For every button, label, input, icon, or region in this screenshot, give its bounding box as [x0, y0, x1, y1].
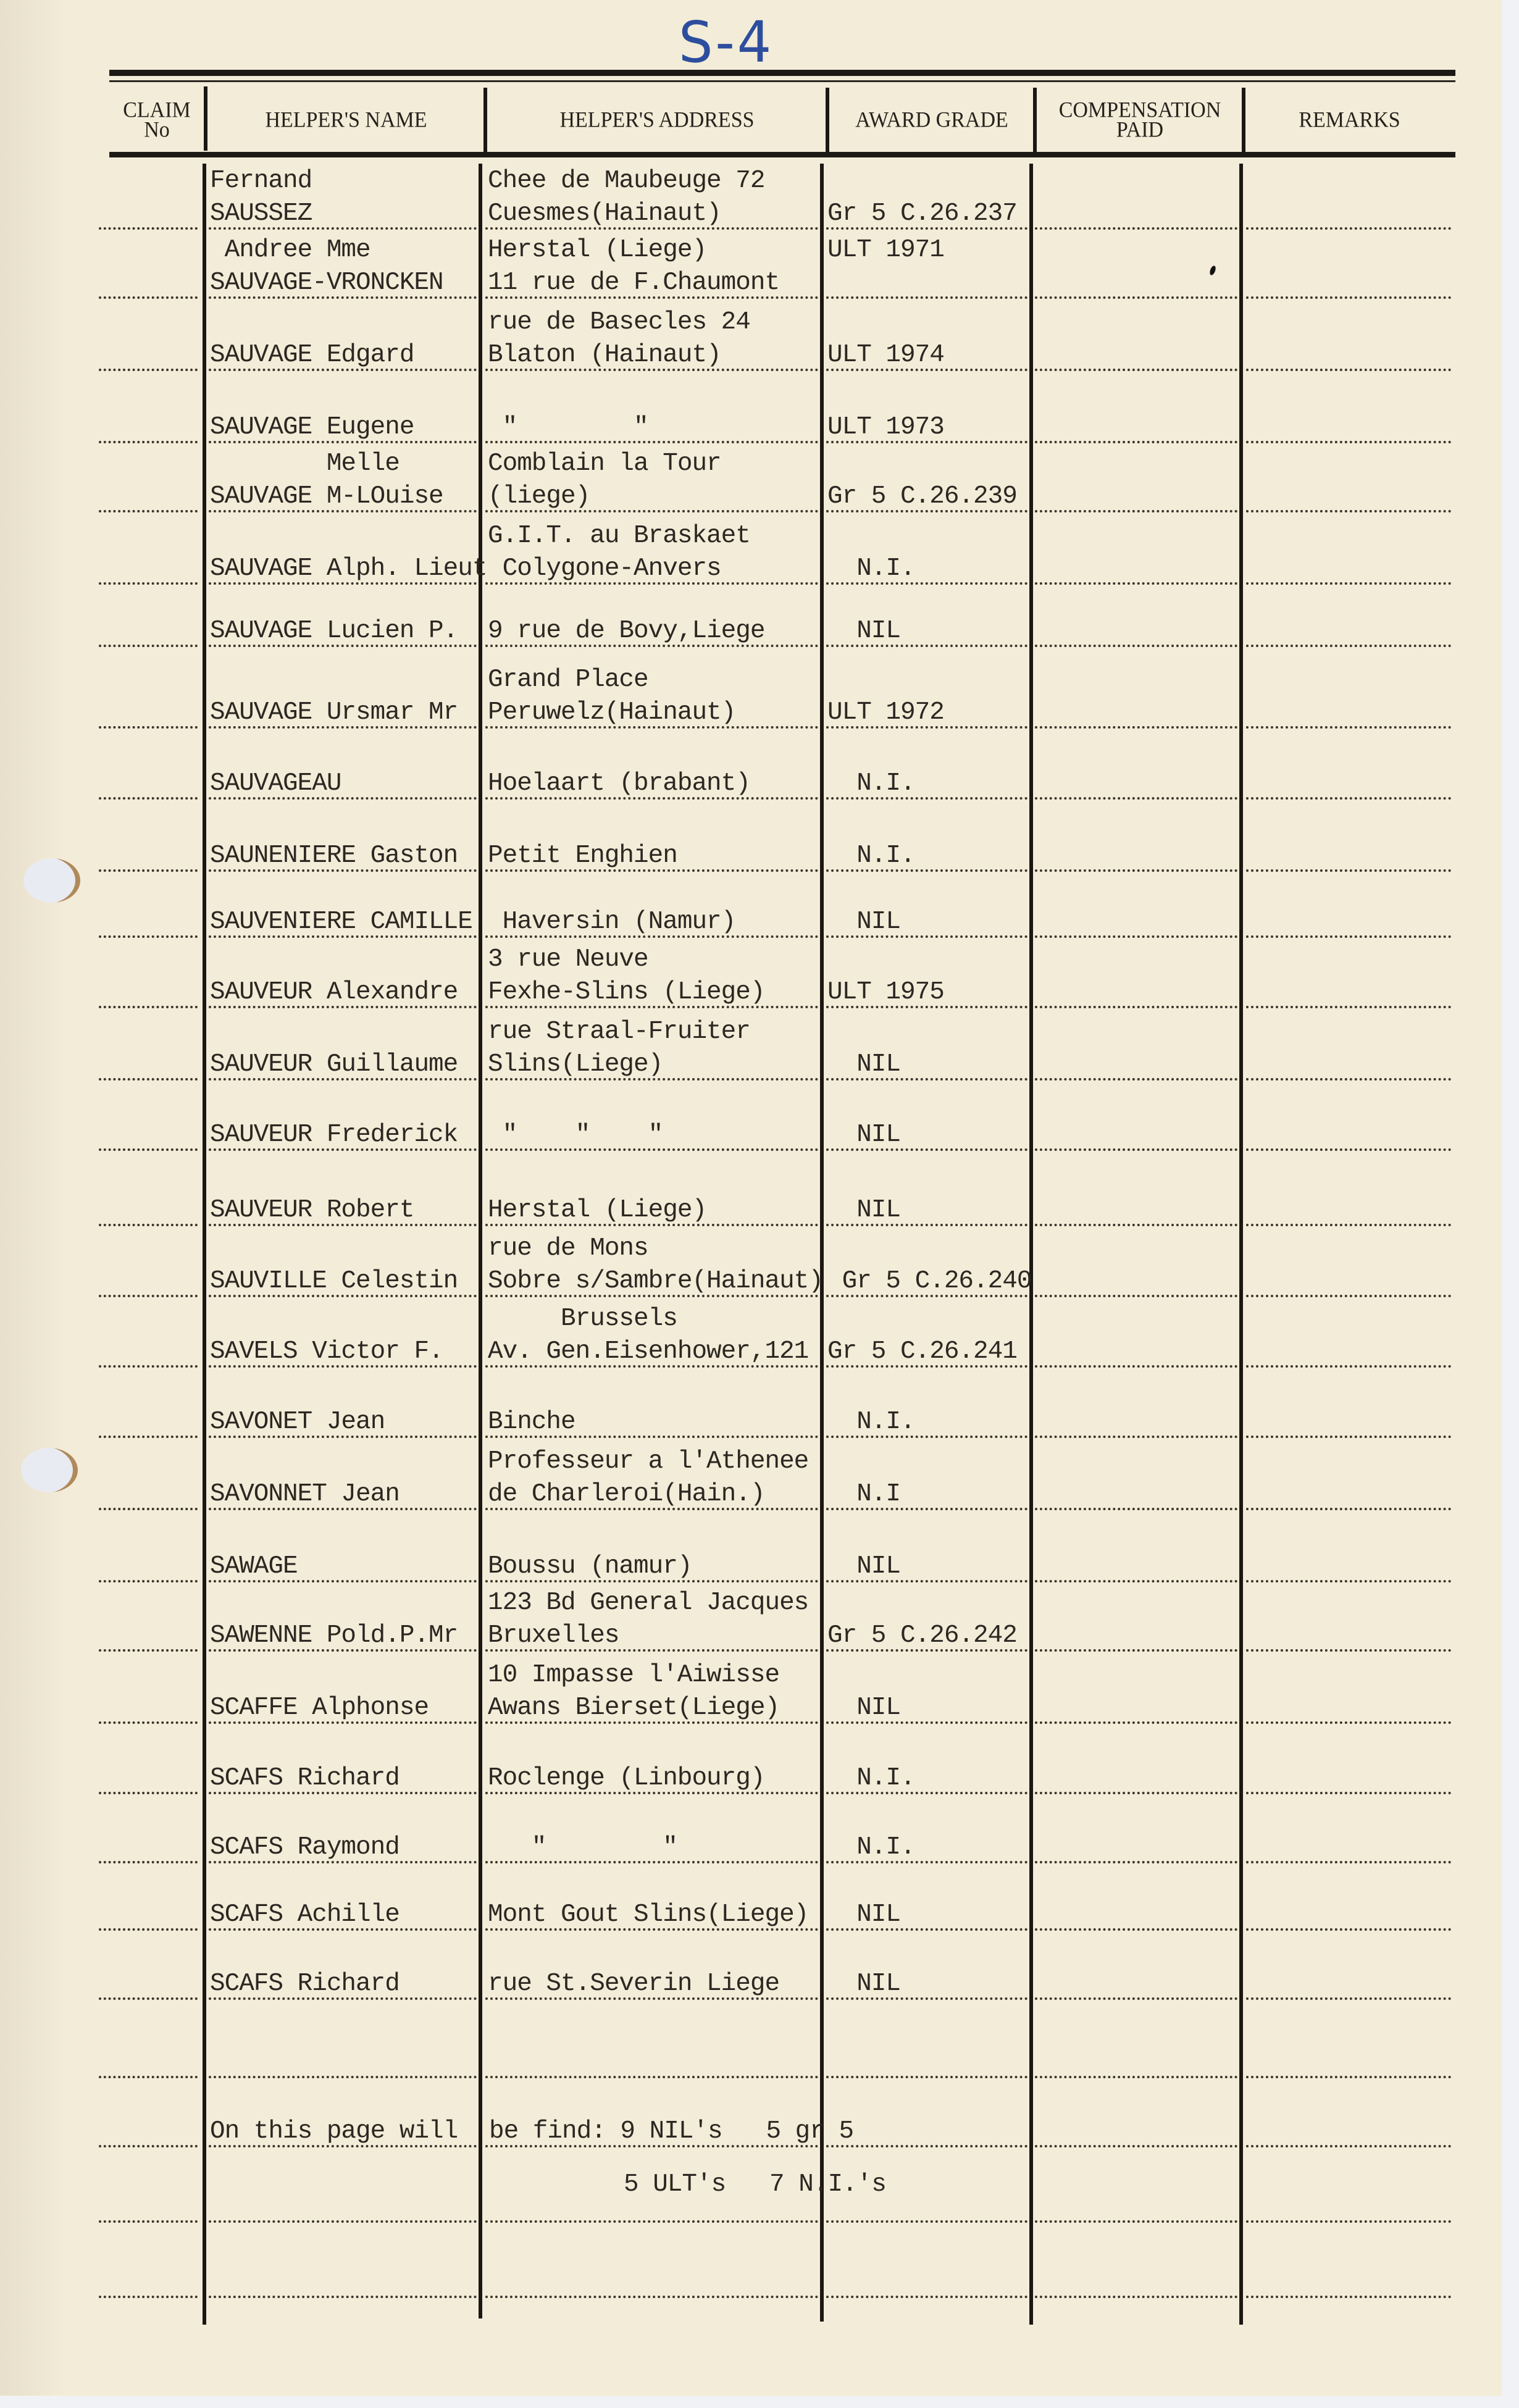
helper-name: SAUVEUR Guillaume [210, 1049, 458, 1080]
row-rule [1246, 797, 1451, 800]
row-rule [1035, 1861, 1237, 1863]
row-rule [1035, 1649, 1237, 1652]
row-rule [826, 2296, 1027, 2298]
row-rule [99, 2145, 198, 2147]
row-rule [1035, 1078, 1237, 1081]
column-header-compensation-paid: COMPENSATION PAID [1037, 85, 1242, 156]
row-rule [1035, 1580, 1237, 1582]
award-grade: NIL [827, 906, 900, 937]
row-rule [1035, 510, 1237, 512]
row-rule [1035, 1224, 1237, 1226]
row-rule [99, 1508, 198, 1510]
row-rule [209, 2220, 477, 2223]
helper-name: SAVELS Victor F. [210, 1336, 443, 1367]
ink-speck [1209, 265, 1217, 276]
helper-name: SAUVAGE Lucien P. [210, 616, 458, 646]
row-rule [209, 2076, 477, 2078]
row-rule [1035, 1508, 1237, 1510]
helper-name: SAUVILLE Celestin [210, 1266, 458, 1297]
row-rule [1246, 869, 1451, 872]
row-rule [1035, 369, 1237, 371]
helper-name: SAUVENIERE CAMILLE [210, 906, 472, 937]
header-divider [483, 88, 487, 152]
helper-address: Petit Enghien [488, 840, 677, 871]
helper-address: Av. Gen.Eisenhower,121 [488, 1336, 808, 1367]
helper-address: Colygone-Anvers [488, 553, 721, 584]
row-rule [1035, 296, 1237, 299]
helper-address-line1: 10 Impasse l'Aiwisse [488, 1660, 779, 1691]
row-rule [1035, 227, 1237, 230]
helper-address: Boussu (namur) [488, 1551, 692, 1582]
award-grade: N.I. [827, 768, 915, 799]
helper-name: SCAFFE Alphonse [210, 1692, 429, 1723]
row-rule [1246, 1649, 1451, 1652]
summary-line1-left: On this page will [210, 2116, 458, 2147]
helper-address: Awans Bierset(Liege) [488, 1692, 779, 1723]
row-rule [1035, 2220, 1237, 2223]
header-divider [1033, 88, 1037, 152]
column-header-helpers-address: HELPER'S ADDRESS [488, 85, 826, 156]
row-rule [1246, 1861, 1451, 1863]
row-rule [99, 2296, 198, 2298]
row-rule [485, 2076, 818, 2078]
row-rule [99, 369, 198, 371]
row-rule [1246, 1792, 1451, 1794]
row-rule [1035, 935, 1237, 938]
helper-address-line1: Professeur a l'Athenee [488, 1446, 808, 1477]
award-grade: NIL [827, 1195, 900, 1226]
row-rule [99, 1224, 198, 1226]
helper-address-line1: Brussels [488, 1303, 677, 1334]
helper-address: rue St.Severin Liege [488, 1968, 779, 1999]
helper-address: Herstal (Liege) [488, 1195, 706, 1226]
award-grade: NIL [827, 1968, 900, 1999]
row-rule [1035, 645, 1237, 647]
award-grade: NIL [827, 1551, 900, 1582]
header-top-rule [109, 70, 1455, 76]
award-grade: NIL [827, 1899, 900, 1930]
column-divider [1239, 164, 1243, 2325]
row-rule [1246, 1721, 1451, 1724]
row-rule [1246, 1295, 1451, 1297]
award-grade: N.I. [827, 553, 915, 584]
helper-address: Fexhe-Slins (Liege) [488, 977, 764, 1008]
row-rule [1035, 2296, 1237, 2298]
award-grade: ULT 1973 [827, 412, 944, 443]
helper-address-line1: rue Straal-Fruiter [488, 1016, 750, 1047]
helper-name: SAUVAGE-VRONCKEN [210, 267, 443, 298]
row-rule [1035, 1148, 1237, 1151]
row-rule [826, 2145, 1027, 2147]
row-rule [1246, 582, 1451, 585]
helper-address: Hoelaart (brabant) [488, 768, 750, 799]
row-rule [1035, 869, 1237, 872]
row-rule [1246, 510, 1451, 512]
row-rule [826, 2076, 1027, 2078]
helper-address-line1: Comblain la Tour [488, 448, 721, 479]
header-divider [826, 88, 829, 152]
row-rule [826, 2220, 1027, 2223]
row-rule [99, 797, 198, 800]
helper-address: Mont Gout Slins(Liege) [488, 1899, 808, 1930]
row-rule [99, 2076, 198, 2078]
row-rule [1246, 1508, 1451, 1510]
helper-name: SAVONET Jean [210, 1407, 385, 1437]
row-rule [485, 2220, 818, 2223]
row-rule [1246, 1365, 1451, 1368]
helper-address: de Charleroi(Hain.) [488, 1479, 764, 1510]
summary-line2: 5 ULT's 7 N.I.'s [624, 2169, 886, 2200]
award-grade: NIL [827, 1119, 900, 1150]
row-rule [1246, 2145, 1451, 2147]
row-rule [1246, 1006, 1451, 1008]
helper-name: SCAFS Raymond [210, 1832, 400, 1863]
column-header-helpers-name: HELPER'S NAME [208, 85, 484, 156]
row-rule [1246, 1928, 1451, 1931]
helper-name: SAWAGE [210, 1551, 298, 1582]
row-rule [1035, 1365, 1237, 1368]
helper-address-line1: Chee de Maubeuge 72 [488, 165, 764, 196]
award-grade: NIL [827, 1692, 900, 1723]
summary-line1-right: be find: 9 NIL's 5 gr 5 [489, 2116, 853, 2147]
row-rule [1246, 1148, 1451, 1151]
row-rule [1035, 1721, 1237, 1724]
row-rule [99, 1861, 198, 1863]
row-rule [1035, 441, 1237, 443]
award-grade: ULT 1974 [827, 340, 944, 370]
row-rule [1035, 2076, 1237, 2078]
column-header-claim-no: CLAIM No [109, 85, 204, 156]
award-grade: Gr 5 C.26.237 [827, 198, 1017, 229]
row-rule [1246, 1436, 1451, 1438]
row-rule [209, 2296, 477, 2298]
row-rule [1035, 1006, 1237, 1008]
row-rule [1246, 369, 1451, 371]
row-rule [99, 1436, 198, 1438]
helper-address: Roclenge (Linbourg) [488, 1763, 764, 1794]
helper-address-line1: G.I.T. au Braskaet [488, 520, 750, 551]
row-rule [1246, 1078, 1451, 1081]
row-rule [1035, 1928, 1237, 1931]
award-grade: N.I. [827, 1832, 915, 1863]
helper-address-line1: rue de Basecles 24 [488, 307, 750, 338]
helper-name: SAUVAGE Edgard [210, 340, 414, 370]
row-rule [1246, 296, 1451, 299]
row-rule [99, 1148, 198, 1151]
helper-name: SAUSSEZ [210, 198, 312, 229]
header-top-thin-rule [109, 80, 1455, 82]
helper-name: SAUNENIERE Gaston [210, 840, 458, 871]
header-divider [204, 86, 207, 151]
helper-address-line1: Grand Place [488, 664, 648, 695]
row-rule [1035, 726, 1237, 729]
row-rule [99, 296, 198, 299]
helper-address: 9 rue de Bovy,Liege [488, 616, 764, 646]
handwritten-page-number: S-4 [679, 9, 774, 75]
award-grade: Gr 5 C.26.240 [827, 1266, 1031, 1297]
row-rule [1035, 797, 1237, 800]
row-rule [1246, 726, 1451, 729]
helper-address: " " [488, 412, 648, 443]
row-rule [1246, 935, 1451, 938]
helper-address: Peruwelz(Hainaut) [488, 697, 735, 728]
helper-address: " " [488, 1832, 677, 1863]
row-rule [99, 441, 198, 443]
helper-name: SAUVAGE M-LOuise [210, 481, 443, 512]
row-rule [99, 1721, 198, 1724]
column-divider [203, 164, 206, 2325]
row-rule [1246, 1580, 1451, 1582]
row-rule [99, 726, 198, 729]
row-rule [1246, 2220, 1451, 2223]
helper-address: Slins(Liege) [488, 1049, 663, 1080]
column-divider [820, 164, 824, 2322]
helper-address-line1: rue de Mons [488, 1233, 648, 1264]
helper-address: Sobre s/Sambre(Hainaut) [488, 1266, 823, 1297]
punch-hole [21, 1448, 78, 1492]
award-grade: NIL [827, 616, 900, 646]
column-divider [479, 164, 482, 2318]
helper-name: SAUVAGE Eugene [210, 412, 414, 443]
helper-name: SAUVEUR Robert [210, 1195, 414, 1226]
row-rule [99, 1365, 198, 1368]
row-rule [1035, 2145, 1237, 2147]
row-rule [99, 869, 198, 872]
row-rule [1035, 1792, 1237, 1794]
column-divider [1029, 164, 1033, 2325]
row-rule [99, 1649, 198, 1652]
award-grade: N.I [827, 1479, 900, 1510]
award-grade: ULT 1971 [827, 235, 944, 265]
helper-address-line1: 123 Bd General Jacques [488, 1587, 808, 1618]
column-header-award-grade: AWARD GRADE [830, 85, 1034, 156]
row-rule [99, 1928, 198, 1931]
helper-name: SAWENNE Pold.P.Mr [210, 1620, 458, 1651]
award-grade: Gr 5 C.26.242 [827, 1620, 1017, 1651]
row-rule [1246, 2296, 1451, 2298]
helper-name: SAUVEUR Alexandre [210, 977, 458, 1008]
row-rule [1246, 1224, 1451, 1226]
award-grade: ULT 1975 [827, 977, 944, 1008]
header-divider [1242, 88, 1245, 152]
row-rule [99, 227, 198, 230]
helper-name: SAUVAGE Ursmar Mr [210, 697, 458, 728]
helper-name: SAUVAGEAU [210, 768, 341, 799]
row-rule [99, 1580, 198, 1582]
award-grade: NIL [827, 1049, 900, 1080]
helper-address-line1: Herstal (Liege) [488, 235, 706, 265]
helper-name: SCAFS Richard [210, 1763, 400, 1794]
row-rule [826, 296, 1027, 299]
helper-name: SAUVAGE Alph. Lieut [210, 553, 487, 584]
row-rule [485, 2296, 818, 2298]
document-page: S-4 CLAIM No HELPER'S NAME HELPER'S ADDR… [0, 0, 1502, 2396]
row-rule [99, 645, 198, 647]
award-grade: N.I. [827, 1763, 915, 1794]
row-rule [1246, 2076, 1451, 2078]
row-rule [1246, 227, 1451, 230]
row-rule [99, 1006, 198, 1008]
row-rule [99, 582, 198, 585]
row-rule [99, 1295, 198, 1297]
helper-name-line1: Melle [210, 448, 400, 479]
helper-name: SCAFS Richard [210, 1968, 400, 1999]
award-grade: Gr 5 C.26.239 [827, 481, 1017, 512]
helper-address: Haversin (Namur) [488, 906, 735, 937]
helper-name-line1: Fernand [210, 165, 312, 196]
helper-address: 11 rue de F.Chaumont [488, 267, 779, 298]
row-rule [1035, 1436, 1237, 1438]
row-rule [99, 1792, 198, 1794]
row-rule [99, 510, 198, 512]
helper-name-line1: Andree Mme [210, 235, 370, 265]
row-rule [99, 1078, 198, 1081]
helper-address: Binche [488, 1407, 575, 1437]
row-rule [99, 935, 198, 938]
row-rule [1035, 582, 1237, 585]
helper-address: Blaton (Hainaut) [488, 340, 721, 370]
award-grade: Gr 5 C.26.241 [827, 1336, 1017, 1367]
award-grade: N.I. [827, 1407, 915, 1437]
row-rule [99, 1997, 198, 2000]
helper-address-line1: 3 rue Neuve [488, 944, 648, 975]
helper-address: Bruxelles [488, 1620, 619, 1651]
helper-name: SCAFS Achille [210, 1899, 400, 1930]
row-rule [1246, 1997, 1451, 2000]
award-grade: N.I. [827, 840, 915, 871]
binding-shadow [0, 0, 68, 2396]
row-rule [1246, 441, 1451, 443]
row-rule [1246, 645, 1451, 647]
helper-address: (liege) [488, 481, 590, 512]
row-rule [1035, 1295, 1237, 1297]
row-rule [99, 2220, 198, 2223]
helper-address: " " " [488, 1119, 663, 1150]
helper-name: SAVONNET Jean [210, 1479, 400, 1510]
row-rule [1035, 1997, 1237, 2000]
helper-address: Cuesmes(Hainaut) [488, 198, 721, 229]
column-header-remarks: REMARKS [1246, 85, 1453, 156]
award-grade: ULT 1972 [827, 697, 944, 728]
helper-name: SAUVEUR Frederick [210, 1119, 458, 1150]
punch-hole [23, 858, 80, 903]
